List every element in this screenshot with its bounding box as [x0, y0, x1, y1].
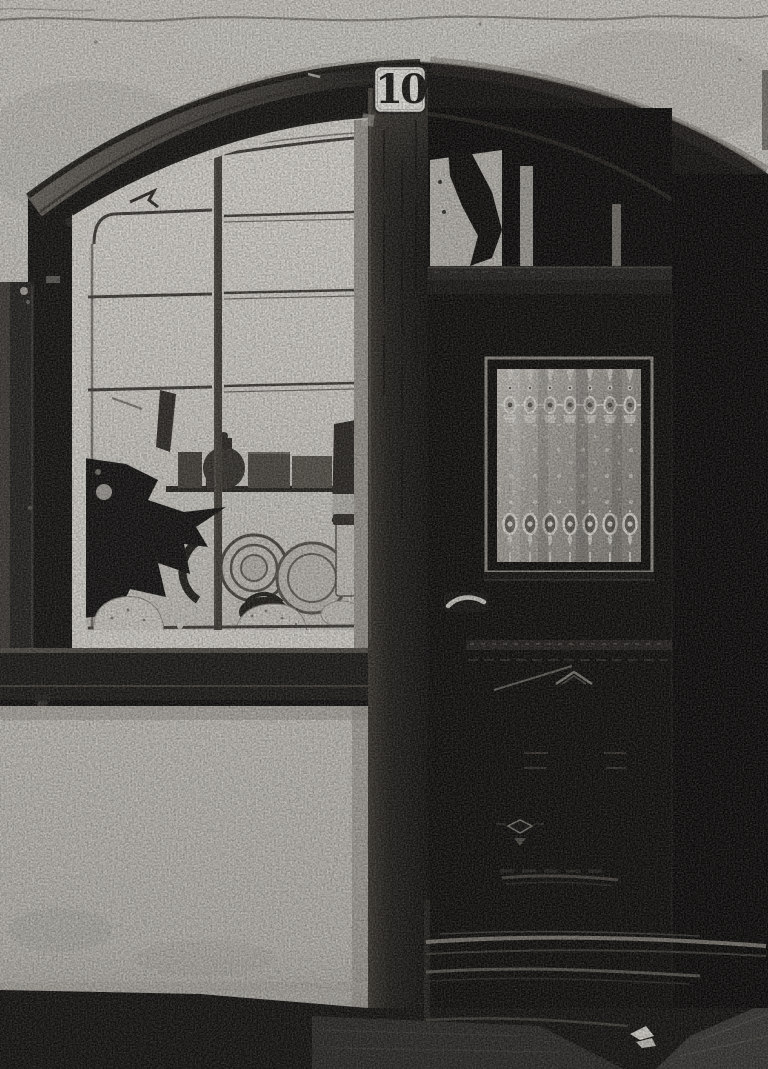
photo-canvas: 10 [0, 0, 768, 1069]
photograph: 10 [0, 0, 768, 1069]
film-grain [0, 0, 768, 1069]
